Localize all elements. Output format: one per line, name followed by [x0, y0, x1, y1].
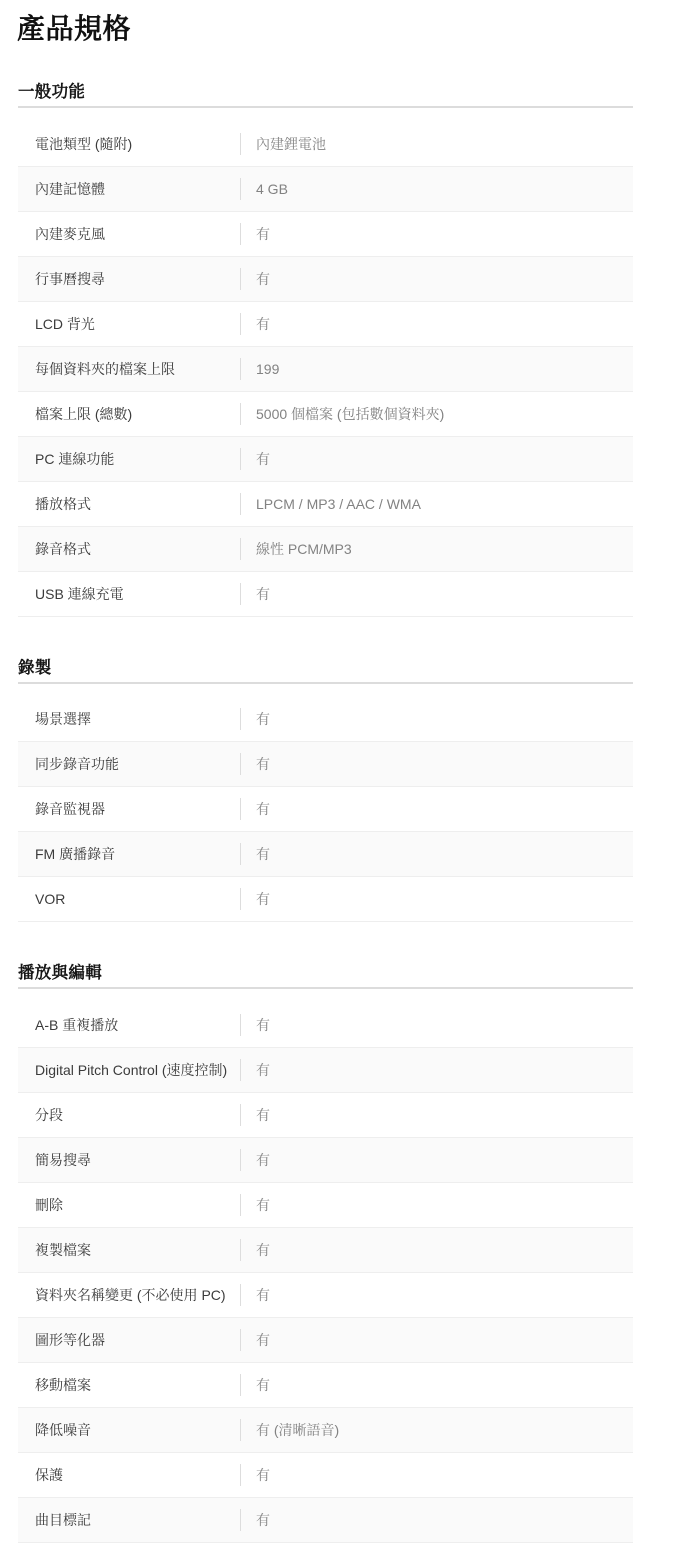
spec-label: 圖形等化器: [18, 1330, 240, 1350]
spec-value: 有: [241, 224, 270, 244]
spec-label: 錄音格式: [18, 539, 240, 559]
spec-value: 4 GB: [241, 181, 288, 197]
spec-label: 降低噪音: [18, 1420, 240, 1440]
spec-value: 有: [241, 1330, 270, 1350]
spec-value: 有: [241, 1105, 270, 1125]
spec-label: USB 連線充電: [18, 584, 240, 604]
spec-row: 內建麥克風有: [18, 212, 633, 257]
spec-row: 電池類型 (隨附)內建鋰電池: [18, 122, 633, 167]
spec-row: 簡易搜尋有: [18, 1138, 633, 1183]
spec-label: 每個資料夾的檔案上限: [18, 359, 240, 379]
spec-row: 曲目標記有: [18, 1498, 633, 1543]
spec-value: 有: [241, 1195, 270, 1215]
spec-value: 5000 個檔案 (包括數個資料夾): [241, 404, 444, 424]
spec-row: 每個資料夾的檔案上限199: [18, 347, 633, 392]
spec-value: 有: [241, 754, 270, 774]
spec-value: 有: [241, 889, 270, 909]
spec-label: 行事曆搜尋: [18, 269, 240, 289]
spec-label: 分段: [18, 1105, 240, 1125]
spec-label: LCD 背光: [18, 314, 240, 334]
spec-label: FM 廣播錄音: [18, 844, 240, 864]
spec-row: 行事曆搜尋有: [18, 257, 633, 302]
spec-label: 檔案上限 (總數): [18, 404, 240, 424]
section-heading: 錄製: [18, 659, 633, 684]
spec-row: 資料夾名稱變更 (不必使用 PC)有: [18, 1273, 633, 1318]
spec-table: 場景選擇有同步錄音功能有錄音監視器有FM 廣播錄音有VOR有: [18, 697, 633, 922]
spec-table: A-B 重複播放有Digital Pitch Control (速度控制)有分段…: [18, 1003, 633, 1543]
spec-value: 有: [241, 314, 270, 334]
spec-row: 內建記憶體4 GB: [18, 167, 633, 212]
spec-row: 場景選擇有: [18, 697, 633, 742]
spec-label: 內建記憶體: [18, 179, 240, 199]
spec-row: 複製檔案有: [18, 1228, 633, 1273]
spec-value: 線性 PCM/MP3: [241, 539, 352, 559]
spec-row: LCD 背光有: [18, 302, 633, 347]
spec-sections: 一般功能 電池類型 (隨附)內建鋰電池內建記憶體4 GB內建麥克風有行事曆搜尋有…: [18, 83, 633, 1543]
spec-value: 有: [241, 799, 270, 819]
spec-row: 同步錄音功能有: [18, 742, 633, 787]
spec-row: PC 連線功能有: [18, 437, 633, 482]
spec-label: 資料夾名稱變更 (不必使用 PC): [18, 1285, 240, 1305]
spec-row: A-B 重複播放有: [18, 1003, 633, 1048]
spec-row: 降低噪音有 (清晰語音): [18, 1408, 633, 1453]
spec-value: 有: [241, 1510, 270, 1530]
spec-label: 電池類型 (隨附): [18, 134, 240, 154]
spec-label: 播放格式: [18, 494, 240, 514]
spec-row: 刪除有: [18, 1183, 633, 1228]
spec-row: 移動檔案有: [18, 1363, 633, 1408]
spec-row: 保護有: [18, 1453, 633, 1498]
spec-row: 圖形等化器有: [18, 1318, 633, 1363]
spec-label: 移動檔案: [18, 1375, 240, 1395]
section-heading: 一般功能: [18, 83, 633, 108]
spec-label: VOR: [18, 891, 240, 907]
spec-value: 有: [241, 1375, 270, 1395]
spec-label: 簡易搜尋: [18, 1150, 240, 1170]
spec-label: PC 連線功能: [18, 449, 240, 469]
spec-label: 錄音監視器: [18, 799, 240, 819]
spec-label: 同步錄音功能: [18, 754, 240, 774]
spec-value: 有: [241, 1060, 270, 1080]
spec-value: 有: [241, 1150, 270, 1170]
spec-row: 錄音監視器有: [18, 787, 633, 832]
spec-section: 錄製 場景選擇有同步錄音功能有錄音監視器有FM 廣播錄音有VOR有: [18, 659, 633, 923]
spec-row: 檔案上限 (總數)5000 個檔案 (包括數個資料夾): [18, 392, 633, 437]
spec-row: VOR有: [18, 877, 633, 922]
spec-table: 電池類型 (隨附)內建鋰電池內建記憶體4 GB內建麥克風有行事曆搜尋有LCD 背…: [18, 122, 633, 617]
spec-value: 有: [241, 584, 270, 604]
spec-row: 錄音格式線性 PCM/MP3: [18, 527, 633, 572]
spec-value: 有: [241, 1015, 270, 1035]
spec-label: Digital Pitch Control (速度控制): [18, 1060, 240, 1080]
spec-value: 有: [241, 1285, 270, 1305]
spec-row: FM 廣播錄音有: [18, 832, 633, 877]
spec-value: 有: [241, 709, 270, 729]
spec-value: 有: [241, 449, 270, 469]
spec-label: 內建麥克風: [18, 224, 240, 244]
spec-label: 曲目標記: [18, 1510, 240, 1530]
section-heading: 播放與編輯: [18, 964, 633, 989]
spec-value: 有: [241, 844, 270, 864]
spec-section: 播放與編輯 A-B 重複播放有Digital Pitch Control (速度…: [18, 964, 633, 1543]
spec-value: 有: [241, 1465, 270, 1485]
spec-label: 複製檔案: [18, 1240, 240, 1260]
spec-value: LPCM / MP3 / AAC / WMA: [241, 496, 421, 512]
spec-label: 保護: [18, 1465, 240, 1485]
spec-label: A-B 重複播放: [18, 1015, 240, 1035]
spec-section: 一般功能 電池類型 (隨附)內建鋰電池內建記憶體4 GB內建麥克風有行事曆搜尋有…: [18, 83, 633, 617]
spec-row: USB 連線充電有: [18, 572, 633, 617]
spec-value: 內建鋰電池: [241, 134, 326, 154]
page-title: 產品規格: [17, 10, 700, 48]
spec-row: 分段有: [18, 1093, 633, 1138]
spec-row: Digital Pitch Control (速度控制)有: [18, 1048, 633, 1093]
spec-value: 有 (清晰語音): [241, 1420, 339, 1440]
spec-label: 場景選擇: [18, 709, 240, 729]
spec-value: 199: [241, 361, 279, 377]
spec-row: 播放格式LPCM / MP3 / AAC / WMA: [18, 482, 633, 527]
spec-value: 有: [241, 269, 270, 289]
spec-label: 刪除: [18, 1195, 240, 1215]
spec-value: 有: [241, 1240, 270, 1260]
